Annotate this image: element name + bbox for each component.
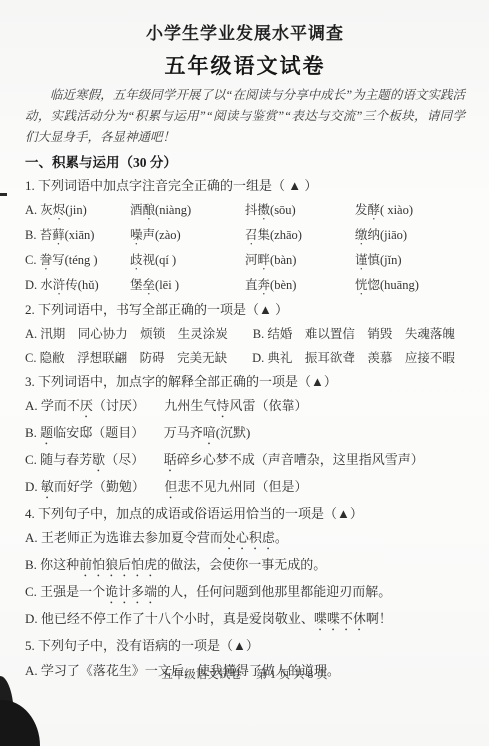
word-pinyin: C. 誊写(téng ) xyxy=(25,248,130,273)
word-pinyin: B. 苔藓(xiān) xyxy=(25,223,130,248)
option-b: B. 你这种前怕狼后怕虎的做法，会使你一事无成的。 xyxy=(25,553,465,580)
option-d: D. 敏而好学（勤勉） 但悲不见九州同（但是） xyxy=(25,475,465,502)
pinyin-row-d: D. 水浒传(hǔ) 堡垒(lēi ) 直奔(bèn) 恍惚(huāng) xyxy=(25,273,465,298)
word-pinyin: 河畔(bàn) xyxy=(245,248,355,273)
option-a: A. 王老师正为选谁去参加夏令营而处心积虑。 xyxy=(25,526,465,553)
question-1-stem: 1. 下列词语中加点字注音完全正确的一组是（ ▲ ） xyxy=(25,174,465,198)
option-c: C. 随与春芳歇（尽） 聒碎乡心梦不成（声音嘈杂，这里指风雪声） xyxy=(25,448,465,475)
word-pinyin: 缴纳(jiāo) xyxy=(355,223,465,248)
word-pinyin: 谨慎(jǐn) xyxy=(355,248,465,273)
word-pinyin: 召集(zhāo) xyxy=(245,223,355,248)
option-line-ab: A. 汛期 同心协力 烦锁 生灵涂炭 B. 结婚 难以置信 销毁 失魂落魄 xyxy=(25,322,465,346)
question-2-stem: 2. 下列词语中，书写全部正确的一项是（▲ ） xyxy=(25,298,465,322)
section-heading: 一、积累与运用（30 分） xyxy=(25,152,465,174)
option-c: C. 王强是一个诡计多端的人，任何问题到他那里都能迎刃而解。 xyxy=(25,580,465,607)
question-5-stem: 5. 下列句子中，没有语病的一项是（▲） xyxy=(25,634,465,658)
word-pinyin: 恍惚(huāng) xyxy=(355,273,465,298)
question-1: 1. 下列词语中加点字注音完全正确的一组是（ ▲ ） A. 灰烬(jin) 酒酿… xyxy=(25,174,465,298)
pinyin-row-a: A. 灰烬(jin) 酒酿(niàng) 抖擞(sōu) 发酵( xiào) xyxy=(25,198,465,223)
pinyin-row-c: C. 誊写(téng ) 歧视(qí ) 河畔(bàn) 谨慎(jǐn) xyxy=(25,248,465,273)
question-3-stem: 3. 下列词语中，加点字的解释全部正确的一项是（▲） xyxy=(25,370,465,394)
question-2: 2. 下列词语中，书写全部正确的一项是（▲ ） A. 汛期 同心协力 烦锁 生灵… xyxy=(25,298,465,370)
survey-title: 小学生学业发展水平调查 xyxy=(25,24,465,44)
question-4: 4. 下列句子中，加点的成语或俗语运用恰当的一项是（▲） A. 王老师正为选谁去… xyxy=(25,502,465,634)
footer-page-info: 第 1 页 共 8 页 xyxy=(256,669,328,681)
word-pinyin: A. 灰烬(jin) xyxy=(25,198,130,223)
option-a: A. 学而不厌（讨厌） 九州生气恃风雷（依靠） xyxy=(25,394,465,421)
word-pinyin: D. 水浒传(hǔ) xyxy=(25,273,130,298)
word-pinyin: 酒酿(niàng) xyxy=(130,198,245,223)
question-3: 3. 下列词语中，加点字的解释全部正确的一项是（▲） A. 学而不厌（讨厌） 九… xyxy=(25,370,465,502)
paper-title: 五年级语文试卷 xyxy=(25,53,465,79)
word-pinyin: 直奔(bèn) xyxy=(245,273,355,298)
pinyin-row-b: B. 苔藓(xiān) 噪声(zào) 召集(zhāo) 缴纳(jiāo) xyxy=(25,223,465,248)
option-b: B. 题临安邸（题目） 万马齐喑(沉默) xyxy=(25,421,465,448)
page-footer: 五年级语文试卷第 1 页 共 8 页 xyxy=(0,666,489,682)
option-line-cd: C. 隐敝 浮想联翩 防碍 完美无缺 D. 典礼 振耳欲聋 羡慕 应接不暇 xyxy=(25,346,465,370)
word-pinyin: 抖擞(sōu) xyxy=(245,198,355,223)
word-pinyin: 歧视(qí ) xyxy=(130,248,245,273)
word-pinyin: 噪声(zào) xyxy=(130,223,245,248)
option-d: D. 他已经不停工作了十八个小时，真是爱岗敬业、喋喋不休啊！ xyxy=(25,607,465,634)
scan-edge-tick xyxy=(0,193,7,196)
exam-paper-page: 小学生学业发展水平调查 五年级语文试卷 临近寒假，五年级同学开展了以“在阅读与分… xyxy=(0,0,489,746)
word-pinyin: 发酵( xiào) xyxy=(355,198,465,223)
intro-paragraph: 临近寒假，五年级同学开展了以“在阅读与分享中成长”为主题的语文实践活动，实践活动… xyxy=(25,85,465,148)
question-4-stem: 4. 下列句子中，加点的成语或俗语运用恰当的一项是（▲） xyxy=(25,502,465,526)
word-pinyin: 堡垒(lēi ) xyxy=(130,273,245,298)
footer-doc-label: 五年级语文试卷 xyxy=(161,669,242,681)
scan-artifact-blob xyxy=(0,700,40,746)
